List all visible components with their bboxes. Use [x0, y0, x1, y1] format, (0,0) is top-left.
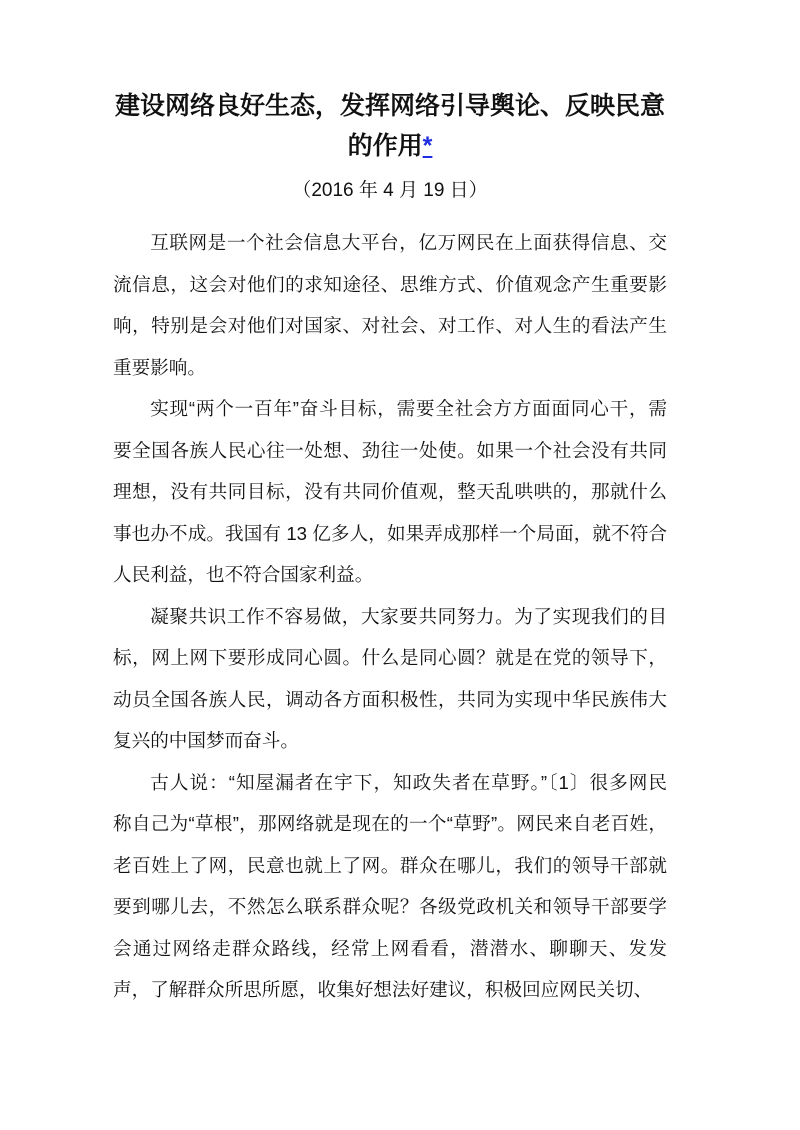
paragraph-3-line-2: 标，网上网下要形成同心圆。什么是同心圆？就是在党的领导下，	[113, 637, 667, 679]
title-line-2: 的作用*	[113, 126, 667, 166]
paragraph-3-line-4: 复兴的中国梦而奋斗。	[113, 720, 667, 762]
paragraph-1-line-2: 流信息，这会对他们的求知途径、思维方式、价值观念产生重要影	[113, 264, 667, 306]
document-content: 建设网络良好生态，发挥网络引导舆论、反映民意 的作用* （2016 年 4 月 …	[113, 0, 667, 1011]
paragraph-1-line-1: 互联网是一个社会信息大平台，亿万网民在上面获得信息、交	[113, 222, 667, 264]
paragraph-4-line-6: 声，了解群众所思所愿，收集好想法好建议，积极回应网民关切、	[113, 969, 667, 1011]
title-footnote-link[interactable]: *	[423, 132, 433, 160]
document-body: 互联网是一个社会信息大平台，亿万网民在上面获得信息、交流信息，这会对他们的求知途…	[113, 222, 667, 1011]
document-page: 建设网络良好生态，发挥网络引导舆论、反映民意 的作用* （2016 年 4 月 …	[0, 0, 800, 1130]
page-title: 建设网络良好生态，发挥网络引导舆论、反映民意 的作用*	[113, 86, 667, 166]
paragraph-4-line-4: 要到哪儿去，不然怎么联系群众呢？各级党政机关和领导干部要学	[113, 886, 667, 928]
paragraph-4-line-1: 古人说：“知屋漏者在宇下，知政失者在草野。”〔1〕很多网民	[113, 762, 667, 804]
paragraph-4-line-3: 老百姓上了网，民意也就上了网。群众在哪儿，我们的领导干部就	[113, 845, 667, 887]
paragraph-2-line-2: 要全国各族人民心往一处想、劲往一处使。如果一个社会没有共同	[113, 430, 667, 472]
paragraph-2-line-4: 事也办不成。我国有 13 亿多人，如果弄成那样一个局面，就不符合	[113, 513, 667, 555]
paragraph-2-line-5: 人民利益，也不符合国家利益。	[113, 554, 667, 596]
paragraph-2-line-3: 理想，没有共同目标，没有共同价值观，整天乱哄哄的，那就什么	[113, 471, 667, 513]
date-line: （2016 年 4 月 19 日）	[113, 178, 667, 204]
paragraph-4-line-2: 称自己为“草根”，那网络就是现在的一个“草野”。网民来自老百姓，	[113, 803, 667, 845]
paragraph-1-line-4: 重要影响。	[113, 347, 667, 389]
paragraph-4-line-5: 会通过网络走群众路线，经常上网看看，潜潜水、聊聊天、发发	[113, 928, 667, 970]
paragraph-3-line-1: 凝聚共识工作不容易做，大家要共同努力。为了实现我们的目	[113, 596, 667, 638]
title-line-1: 建设网络良好生态，发挥网络引导舆论、反映民意	[113, 86, 667, 126]
paragraph-2-line-1: 实现“两个一百年”奋斗目标，需要全社会方方面面同心干，需	[113, 388, 667, 430]
paragraph-3-line-3: 动员全国各族人民，调动各方面积极性，共同为实现中华民族伟大	[113, 679, 667, 721]
paragraph-1-line-3: 响，特别是会对他们对国家、对社会、对工作、对人生的看法产生	[113, 305, 667, 347]
title-line-2-text: 的作用	[348, 132, 423, 160]
